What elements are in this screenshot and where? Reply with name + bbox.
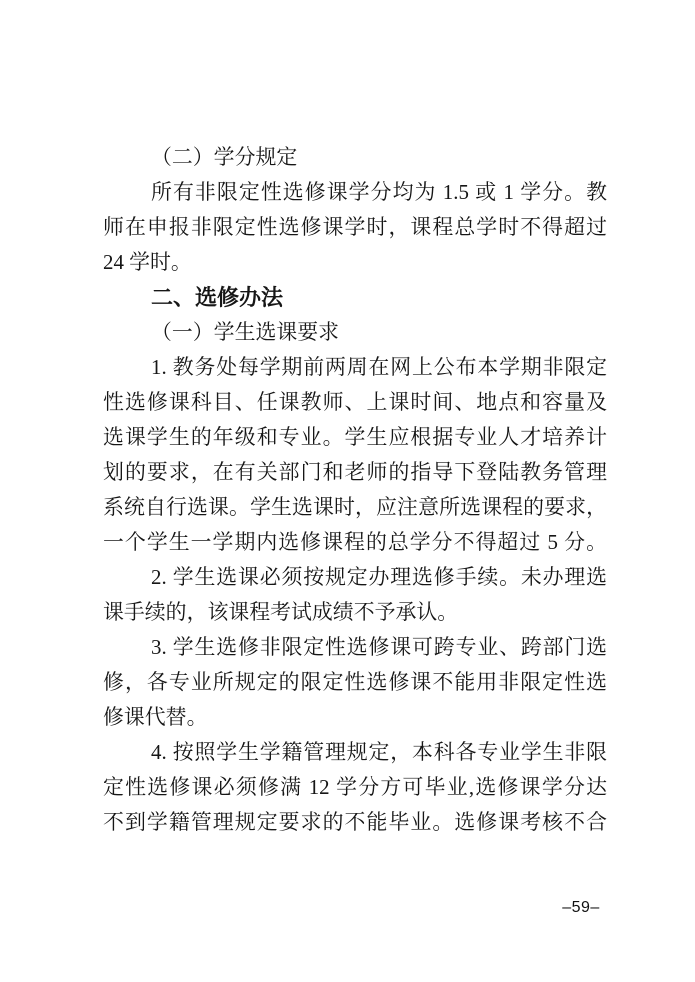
text-line: 修，各专业所规定的限定性选修课不能用非限定性选 — [103, 665, 607, 700]
text-line: 定性选修课必须修满 12 学分方可毕业,选修课学分达 — [103, 770, 607, 805]
text-line: 不到学籍管理规定要求的不能毕业。选修课考核不合 — [103, 805, 607, 840]
text-line: 性选修课科目、任课教师、上课时间、地点和容量及 — [103, 385, 607, 420]
text-line: 二、选修办法 — [103, 280, 607, 315]
text-line: 划的要求，在有关部门和老师的指导下登陆教务管理 — [103, 455, 607, 490]
text-line: 2. 学生选课必须按规定办理选修手续。未办理选 — [103, 560, 607, 595]
text-line: 课手续的，该课程考试成绩不予承认。 — [103, 595, 607, 630]
page-number: –59– — [558, 898, 604, 920]
text-line: （二）学分规定 — [103, 140, 607, 175]
text-line: 系统自行选课。学生选课时，应注意所选课程的要求， — [103, 490, 607, 525]
section-label-credit-rules: （二）学分规定 — [103, 140, 607, 175]
text-line: 4. 按照学生学籍管理规定，本科各专业学生非限 — [103, 735, 607, 770]
document-content: （二）学分规定 所有非限定性选修课学分均为 1.5 或 1 学分。教师在申报非限… — [103, 140, 607, 840]
heading-elective-method: 二、选修办法 — [103, 280, 607, 315]
paragraph-rule-1: 1. 教务处每学期前两周在网上公布本学期非限定性选修课科目、任课教师、上课时间、… — [103, 350, 607, 560]
text-line: 一个学生一学期内选修课程的总学分不得超过 5 分。 — [103, 525, 607, 560]
paragraph-rule-4: 4. 按照学生学籍管理规定，本科各专业学生非限定性选修课必须修满 12 学分方可… — [103, 735, 607, 840]
text-line: 3. 学生选修非限定性选修课可跨专业、跨部门选 — [103, 630, 607, 665]
text-line: 1. 教务处每学期前两周在网上公布本学期非限定 — [103, 350, 607, 385]
paragraph-credit-rules: 所有非限定性选修课学分均为 1.5 或 1 学分。教师在申报非限定性选修课学时，… — [103, 175, 607, 280]
paragraph-rule-3: 3. 学生选修非限定性选修课可跨专业、跨部门选修，各专业所规定的限定性选修课不能… — [103, 630, 607, 735]
paragraph-rule-2: 2. 学生选课必须按规定办理选修手续。未办理选课手续的，该课程考试成绩不予承认。 — [103, 560, 607, 630]
section-label-student-requirements: （一）学生选课要求 — [103, 315, 607, 350]
text-line: 修课代替。 — [103, 700, 607, 735]
text-line: 所有非限定性选修课学分均为 1.5 或 1 学分。教 — [103, 175, 607, 210]
text-line: 选课学生的年级和专业。学生应根据专业人才培养计 — [103, 420, 607, 455]
text-line: 师在申报非限定性选修课学时，课程总学时不得超过 — [103, 210, 607, 245]
text-line: 24 学时。 — [103, 245, 607, 280]
text-line: （一）学生选课要求 — [103, 315, 607, 350]
